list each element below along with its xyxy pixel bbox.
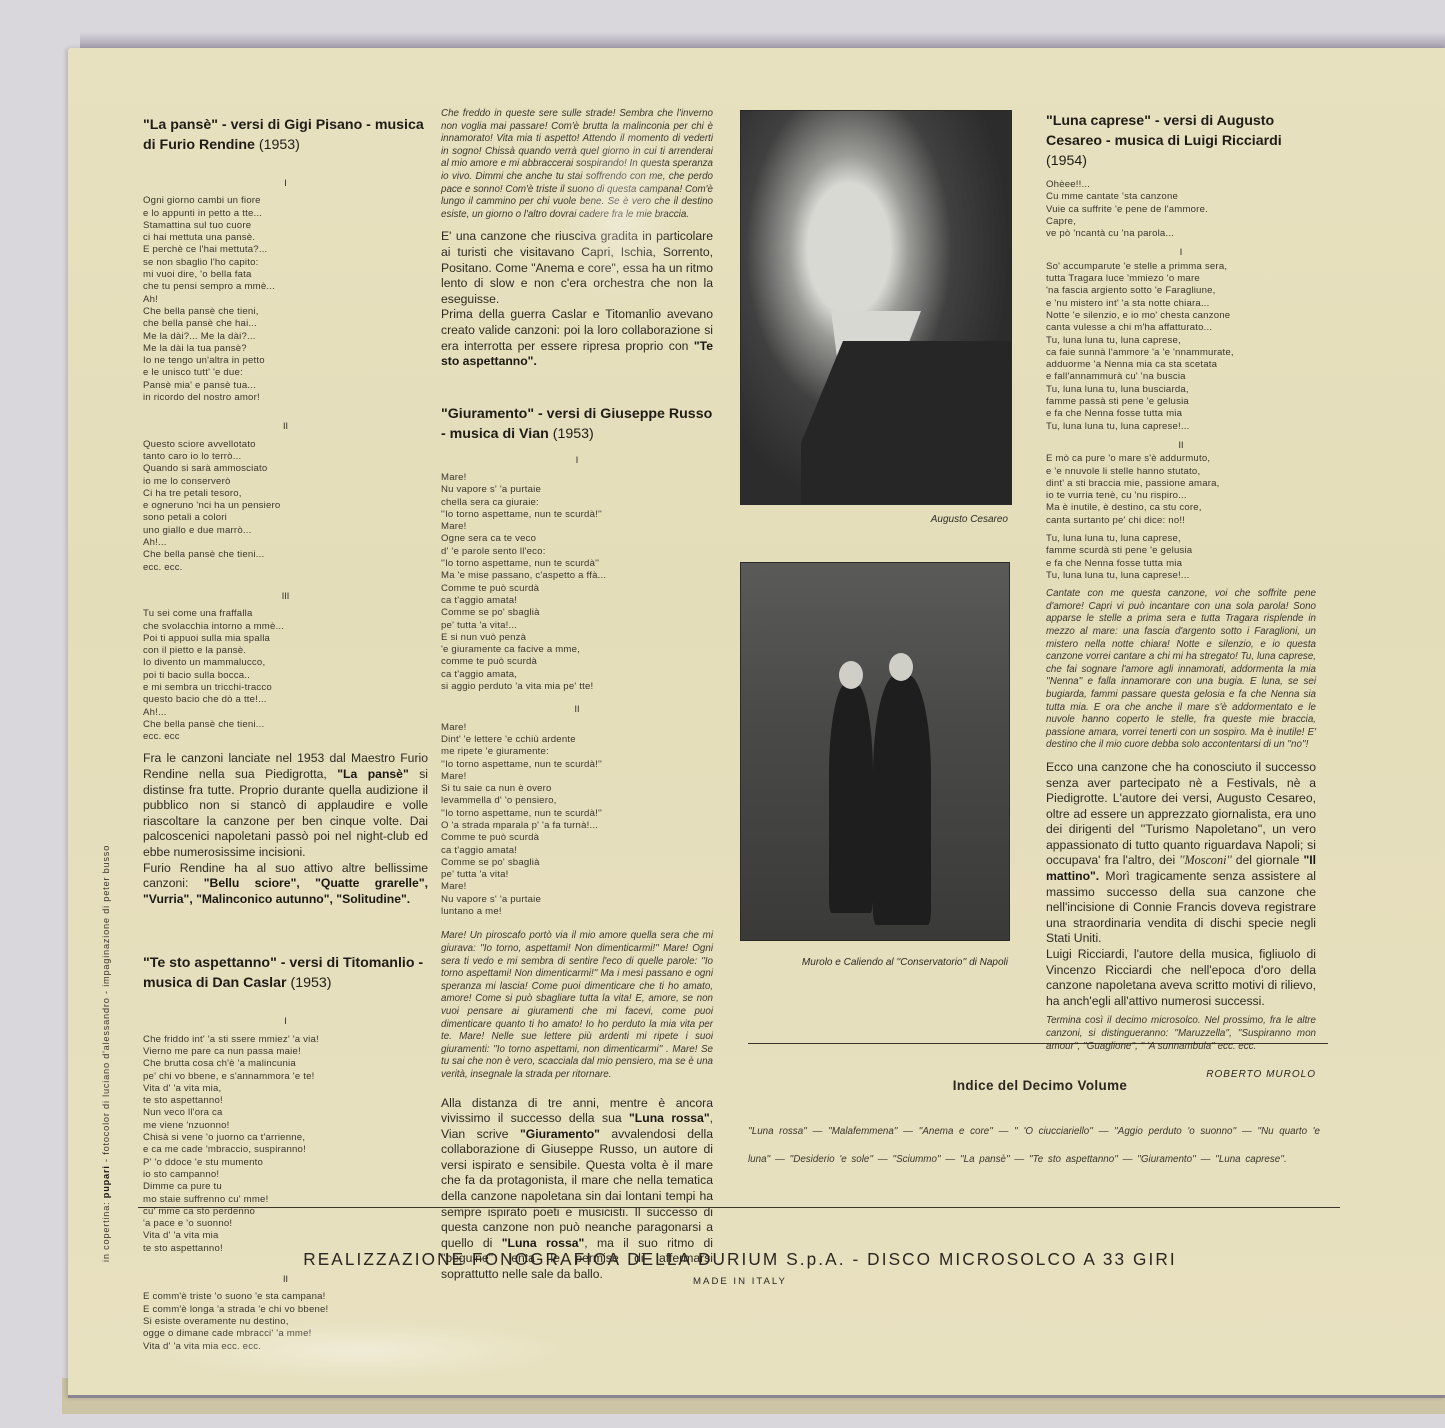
lyrics-stanza: Che friddo int' 'a sti ssere mmiez' 'a v…: [143, 1034, 428, 1255]
stanza-number: I: [441, 454, 713, 466]
translation-te-sto-aspettanno: Che freddo in queste sere sulle strade! …: [441, 108, 713, 221]
label-footer: REALIZZAZIONE FONOGRAFICA DELLA DURIUM S…: [140, 1249, 1340, 1270]
stanza-number: I: [143, 1015, 428, 1027]
song-title-te-sto-aspettanno: "Te sto aspettanno" - versi di Titomanli…: [143, 953, 428, 993]
lyrics-stanza: E mò ca pure 'o mare s'è addurmuto, e 'e…: [1046, 453, 1316, 527]
stanza-number: II: [441, 703, 713, 715]
lyrics-stanza: E comm'è triste 'o suono 'e sta campana!…: [143, 1291, 428, 1352]
lyrics-stanza: Questo sciore avvellotato tanto caro io …: [143, 439, 428, 574]
lyrics-stanza: Mare! Nu vapore s' 'a purtaie chella ser…: [441, 472, 713, 693]
song-title-luna-caprese: "Luna caprese" - versi di Augusto Cesare…: [1046, 111, 1316, 171]
commentary-luna-caprese: Ecco una canzone che ha conosciuto il su…: [1046, 760, 1316, 1010]
commentary-la-panse: Fra le canzoni lanciate nel 1953 dal Mae…: [143, 751, 428, 907]
column-luna-caprese: "Luna caprese" - versi di Augusto Cesare…: [1046, 111, 1316, 1082]
song-title-giuramento: "Giuramento" - versi di Giuseppe Russo -…: [441, 404, 713, 444]
photo-caption: Augusto Cesareo: [740, 513, 1008, 527]
made-in-italy: MADE IN ITALY: [140, 1276, 1340, 1287]
lyrics-stanza: Ogni giorno cambi un fiore e lo appunti …: [143, 195, 428, 404]
translation-luna-caprese: Cantate con me questa canzone, voi che s…: [1046, 588, 1316, 752]
photo-murolo-caliendo: [740, 562, 1010, 941]
lyrics-refrain: Tu, luna luna tu, luna caprese, famme sc…: [1046, 533, 1316, 582]
column-giuramento: Che freddo in queste sere sulle strade! …: [441, 108, 713, 1283]
closing-note: Termina così il decimo microsolco. Nel p…: [1046, 1015, 1316, 1053]
lyrics-stanza: So' accumparute 'e stelle a primma sera,…: [1046, 261, 1316, 433]
stanza-number: II: [143, 420, 428, 432]
lyrics-stanza: Tu sei come una fraffalla che svolacchia…: [143, 608, 428, 743]
column-la-panse: "La pansè" - versi di Gigi Pisano - musi…: [143, 115, 428, 1353]
divider-line: [138, 1207, 1340, 1208]
commentary-te-sto-aspettanno: E' una canzone che riusciva gradita in p…: [441, 229, 713, 369]
translation-giuramento: Mare! Un piroscafo portò via il mio amor…: [441, 930, 713, 1081]
photo-caption: Murolo e Caliendo al ''Conservatorio'' d…: [740, 956, 1008, 970]
lyrics-stanza: Mare! Dint' 'e lettere 'e cchiù ardente …: [441, 722, 713, 919]
stanza-number: I: [143, 177, 428, 189]
cover-credits: in copertina: pupari - fotocolor di luci…: [101, 845, 111, 1262]
divider-line: [748, 1043, 1328, 1044]
stanza-number: II: [1046, 439, 1316, 451]
photo-augusto-cesareo: [740, 110, 1012, 505]
song-title-la-panse: "La pansè" - versi di Gigi Pisano - musi…: [143, 115, 428, 155]
stanza-number: I: [1046, 246, 1316, 258]
lyrics-intro: Ohèee!!... Cu mme cantate 'sta canzone V…: [1046, 179, 1316, 240]
index-title: Indice del Decimo Volume: [740, 1078, 1340, 1093]
stanza-number: III: [143, 590, 428, 602]
index-track-list: ''Luna rossa'' — ''Malafemmena'' — ''Ane…: [748, 1118, 1320, 1174]
